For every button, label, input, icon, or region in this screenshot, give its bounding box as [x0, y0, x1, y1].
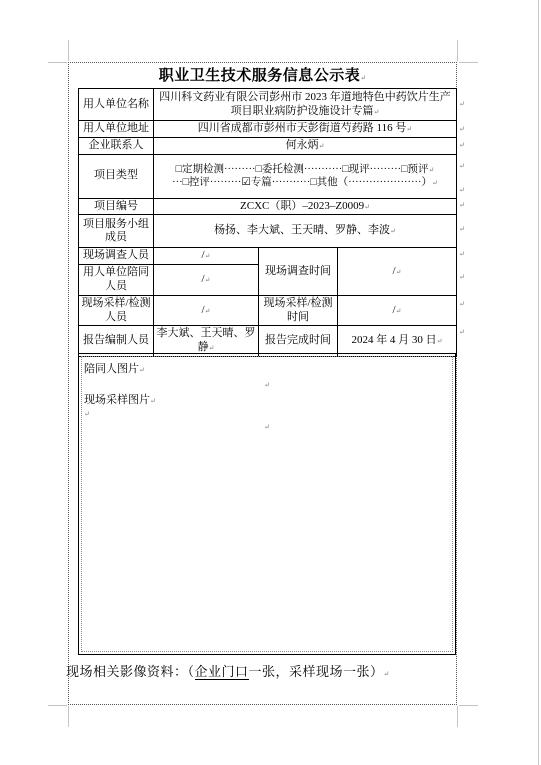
- caption-suffix: 一张，采样现场一张）: [249, 664, 384, 679]
- page-right-edge: [538, 0, 539, 765]
- document-page: 职业卫生技术服务信息公示表↵ 用人单位名称 四川科文药业有限公司彭州市 2023…: [0, 0, 541, 765]
- label-project-type: 项目类型: [79, 154, 154, 198]
- row-end-mark: ↵: [459, 300, 465, 308]
- paragraph-mark: ↵: [209, 344, 215, 352]
- paragraph-mark: ↵: [264, 381, 270, 389]
- value-accompany-personnel: /↵: [154, 265, 259, 296]
- table-row-contact: 企业联系人 何永炳↵: [79, 137, 457, 154]
- paragraph-mark: ↵: [374, 108, 380, 116]
- paragraph-mark: ↵: [428, 166, 434, 174]
- table-row-report: 报告编制人员 李大斌、王天晴、罗静↵ 报告完成时间 2024 年 4 月 30 …: [79, 326, 457, 357]
- row-end-mark: ↵: [459, 328, 465, 336]
- checkbox-line1-text: □定期检测·········□委托检测···········□现评·······…: [176, 164, 429, 175]
- paragraph-mark: ↵: [390, 227, 396, 235]
- caption-prefix: 现场相关影像资料：（: [66, 664, 195, 679]
- empty-paragraph: ↵: [84, 407, 90, 419]
- photo-box-line-sampling: 现场采样图片↵: [84, 391, 156, 407]
- paragraph-mark: ↵: [360, 74, 366, 82]
- value-report-authors: 李大斌、王天晴、罗静↵: [154, 326, 259, 357]
- row-end-mark: ↵: [459, 201, 465, 209]
- caption: 现场相关影像资料：（企业门口一张，采样现场一张）↵: [66, 661, 389, 680]
- crop-mark-top-right: [457, 40, 458, 61]
- label-accompany-personnel: 用人单位陪同人员: [79, 265, 154, 296]
- project-type-options-line1: □定期检测·········□委托检测···········□现评·······…: [156, 163, 454, 176]
- table-row-team: 项目服务小组成员 杨扬、李大斌、王天晴、罗静、李波↵: [79, 215, 457, 248]
- value-employer-name: 四川科文药业有限公司彭州市 2023 年道地特色中药饮片生产项目职业病防护设施设…: [154, 89, 457, 121]
- employer-address-text: 四川省成都市彭州市天彭街道芍药路 116 号: [198, 122, 407, 134]
- row-end-mark: ↵: [459, 162, 465, 170]
- value-team: 杨扬、李大斌、王天晴、罗静、李波↵: [154, 215, 457, 248]
- page-title-text: 职业卫生技术服务信息公示表: [159, 68, 361, 84]
- paragraph-mark: ↵: [364, 203, 370, 211]
- value-employer-address: 四川省成都市彭州市天彭街道芍药路 116 号↵: [154, 121, 457, 138]
- value-contact: 何永炳↵: [154, 137, 457, 154]
- table-row-employer-name: 用人单位名称 四川科文药业有限公司彭州市 2023 年道地特色中药饮片生产项目职…: [79, 89, 457, 121]
- sampling-photo-label: 现场采样图片: [84, 394, 150, 406]
- value-project-no: ZCXC（职）–2023–Z0009↵: [154, 198, 457, 215]
- value-sampling-personnel: /↵: [154, 295, 259, 326]
- table-row-survey: 现场调查人员 /↵ 现场调查时间 /↵: [79, 248, 457, 265]
- main-table: 用人单位名称 四川科文药业有限公司彭州市 2023 年道地特色中药饮片生产项目职…: [78, 88, 457, 357]
- empty-paragraph: ↵: [79, 420, 455, 432]
- crop-mark-top-left: [48, 62, 67, 63]
- row-end-mark: ↵: [459, 125, 465, 133]
- label-project-no: 项目编号: [79, 198, 154, 215]
- paragraph-mark: ↵: [150, 397, 156, 405]
- photo-box: 陪同人图片↵ ↵ 现场采样图片↵ ↵ ↵: [78, 353, 456, 655]
- photo-box-line-accompany: 陪同人图片↵: [84, 360, 145, 376]
- checkbox-line2-text: ···□控评·········☑专篇···········□其他（·······…: [172, 177, 432, 188]
- paragraph-mark: ↵: [139, 366, 145, 374]
- employer-name-text: 四川科文药业有限公司彭州市 2023 年道地特色中药饮片生产项目职业病防护设施设…: [159, 91, 451, 117]
- paragraph-mark: ↵: [396, 268, 402, 276]
- crop-mark-bottom-right: [457, 706, 458, 727]
- contact-text: 何永炳: [286, 139, 319, 151]
- paragraph-mark: ↵: [205, 252, 211, 260]
- paragraph-mark: ↵: [264, 423, 270, 431]
- label-employer-address: 用人单位地址: [79, 121, 154, 138]
- team-text: 杨扬、李大斌、王天晴、罗静、李波: [214, 224, 390, 236]
- paragraph-mark: ↵: [396, 307, 402, 315]
- crop-mark-bottom-left: [48, 705, 67, 706]
- table-row-employer-address: 用人单位地址 四川省成都市彭州市天彭街道芍药路 116 号↵: [79, 121, 457, 138]
- label-team: 项目服务小组成员: [79, 215, 154, 248]
- crop-mark-top-left: [68, 40, 69, 61]
- row-end-mark: ↵: [459, 250, 465, 258]
- report-authors-text: 李大斌、王天晴、罗静: [157, 327, 256, 353]
- accompany-photo-label: 陪同人图片: [84, 363, 139, 375]
- label-survey-personnel: 现场调查人员: [79, 248, 154, 265]
- empty-paragraph: ↵: [79, 378, 455, 390]
- paragraph-mark: ↵: [384, 670, 390, 678]
- row-end-mark: ↵: [459, 100, 465, 108]
- table-row-project-no: 项目编号 ZCXC（职）–2023–Z0009↵: [79, 198, 457, 215]
- report-time-text: 2024 年 4 月 30 日: [351, 334, 436, 346]
- label-report-time: 报告完成时间: [259, 326, 338, 357]
- table-row-project-type: 项目类型 □定期检测·········□委托检测···········□现评··…: [79, 154, 457, 198]
- paragraph-mark: ↵: [432, 179, 438, 187]
- crop-mark-bottom-right: [459, 705, 478, 706]
- paragraph-mark: ↵: [84, 410, 90, 418]
- value-survey-personnel: /↵: [154, 248, 259, 265]
- page-title: 职业卫生技术服务信息公示表↵: [68, 64, 457, 85]
- row-end-mark: ↵: [459, 225, 465, 233]
- value-sampling-time: /↵: [338, 295, 457, 326]
- row-end-mark: ↵: [459, 141, 465, 149]
- crop-mark-top-right: [459, 62, 478, 63]
- crop-mark-bottom-left: [68, 706, 69, 727]
- paragraph-mark: ↵: [406, 125, 412, 133]
- paragraph-mark: ↵: [205, 276, 211, 284]
- label-report-authors: 报告编制人员: [79, 326, 154, 357]
- project-no-text: ZCXC（职）–2023–Z0009: [240, 200, 364, 212]
- row-end-mark: ↵: [459, 273, 465, 281]
- paragraph-mark: ↵: [319, 142, 325, 150]
- table-row-sampling: 现场采样/检测人员 /↵ 现场采样/检测时间 /↵: [79, 295, 457, 326]
- value-report-time: 2024 年 4 月 30 日↵: [338, 326, 457, 357]
- label-contact: 企业联系人: [79, 137, 154, 154]
- caption-underlined: 企业门口: [195, 664, 249, 680]
- value-survey-time: /↵: [338, 248, 457, 296]
- label-sampling-personnel: 现场采样/检测人员: [79, 295, 154, 326]
- label-survey-time: 现场调查时间: [259, 248, 338, 296]
- project-type-options-line2: ···□控评·········☑专篇···········□其他（·······…: [156, 176, 454, 189]
- label-employer-name: 用人单位名称: [79, 89, 154, 121]
- paragraph-mark: ↵: [205, 307, 211, 315]
- label-sampling-time: 现场采样/检测时间: [259, 295, 338, 326]
- row-end-mark: ↵: [459, 186, 465, 194]
- value-project-type: □定期检测·········□委托检测···········□现评·······…: [154, 154, 457, 198]
- paragraph-mark: ↵: [437, 337, 443, 345]
